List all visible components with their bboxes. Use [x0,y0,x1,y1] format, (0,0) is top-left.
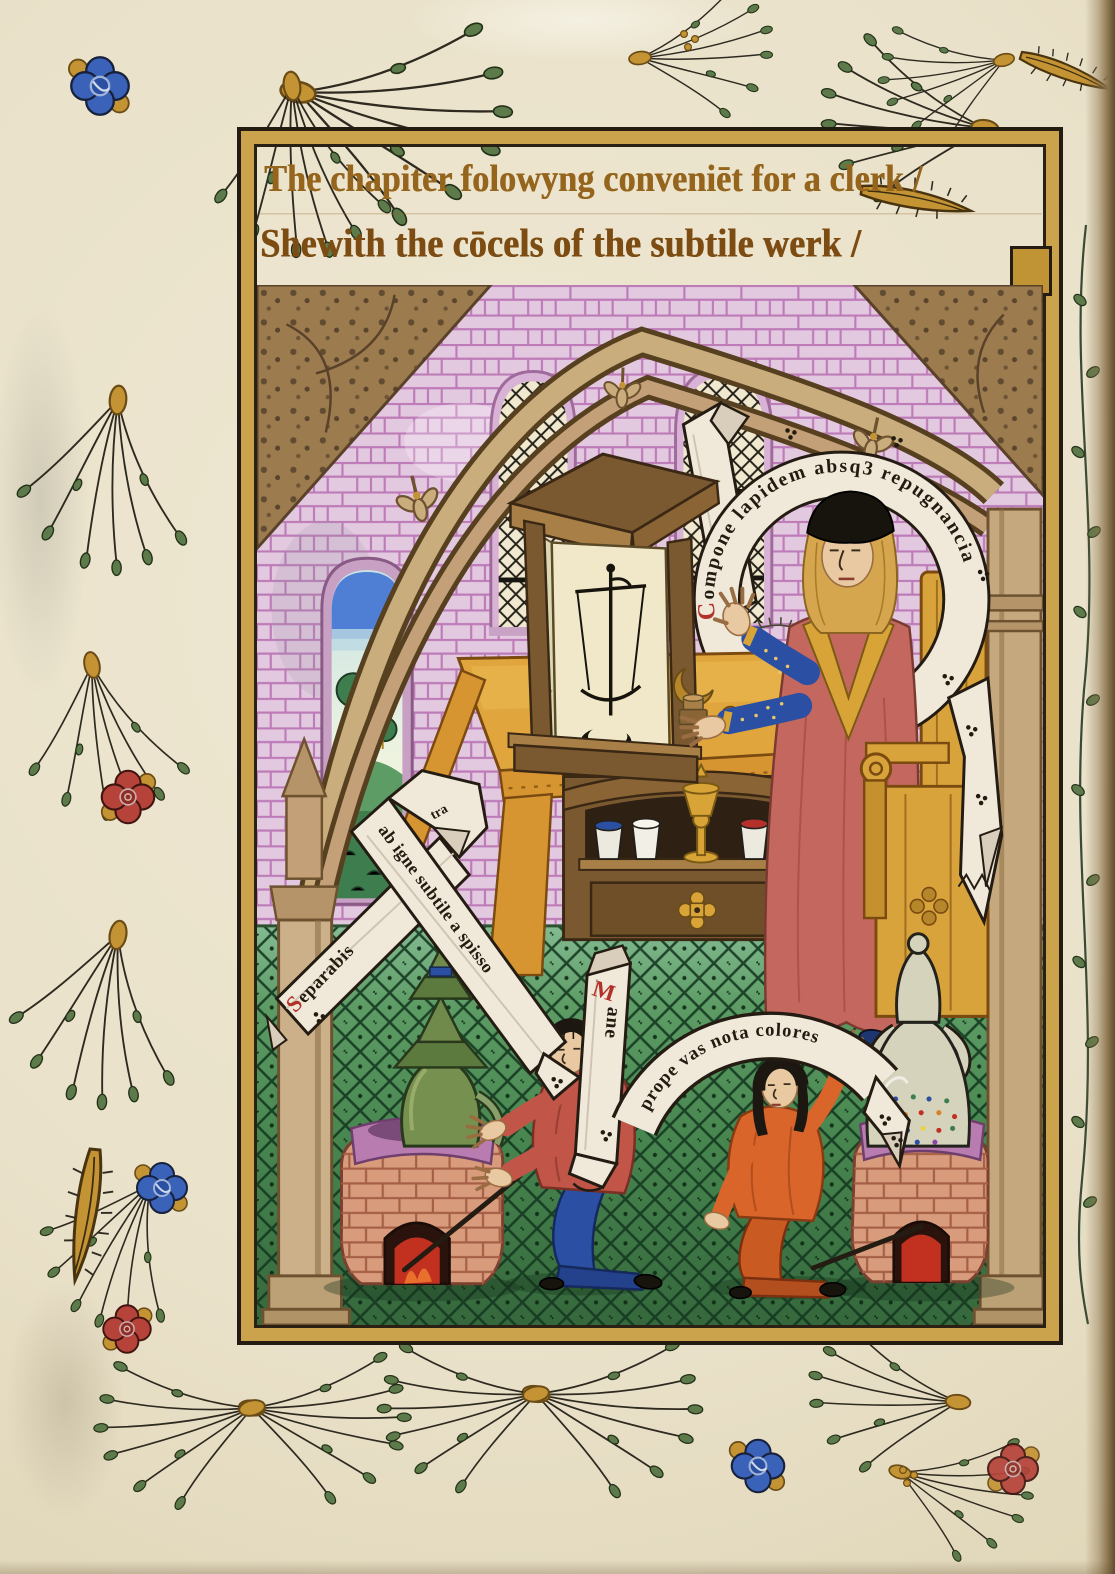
red-flower [102,771,156,824]
blue-flower [730,1440,785,1493]
page-edge-shadow [1085,0,1115,1574]
blue-flower [135,1163,187,1213]
red-flower [103,1305,151,1353]
gold-feather [59,1147,119,1284]
red-flower [988,1444,1039,1494]
rubric-header: The chapiter folowyng conveniēt for a cl… [258,146,1042,284]
rubric-line-1: The chapiter folowyng conveniēt for a cl… [258,146,1042,214]
manuscript-page: The chapiter folowyng conveniēt for a cl… [0,0,1115,1574]
svg-text:ane: ane [600,1006,625,1040]
rubric-line-2: Shewith the cōcels of the subtile werk / [258,207,1042,279]
balance-case [509,454,719,782]
blue-flower [69,57,129,115]
page-bottom-shadow [0,1560,1115,1574]
miniature-scene: Compone lapidem absq3 repugnancia [257,285,1043,1325]
